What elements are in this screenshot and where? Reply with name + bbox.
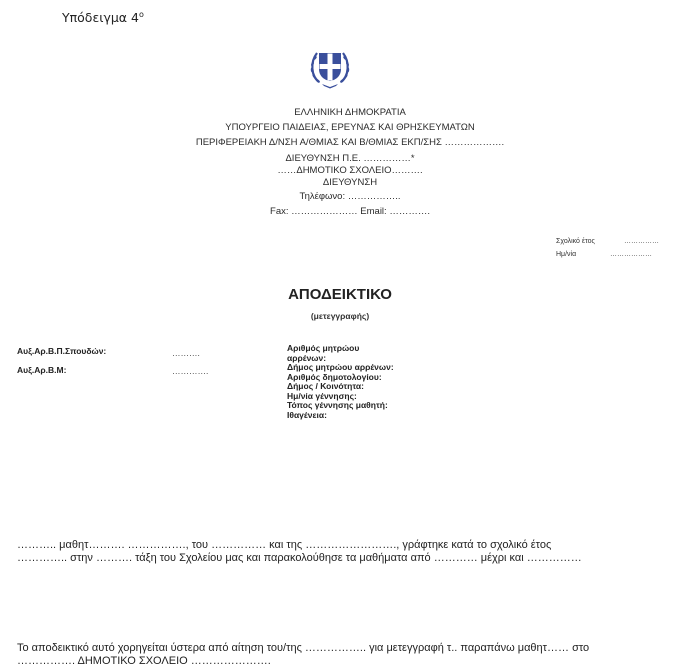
field-registry-label: Αυξ.Αρ.Β.Μ: [17, 365, 66, 375]
header-line-ministry: ΥΠΟΥΡΓΕΙΟ ΠΑΙΔΕΙΑΣ, ΕΡΕΥΝΑΣ ΚΑΙ ΘΡΗΣΚΕΥΜ… [0, 122, 700, 133]
paragraph-enrollment-line1: ……….. μαθητ………. ……………., του …………… και τη… [17, 539, 551, 552]
field-registry-value: …………. [172, 366, 208, 376]
header-line-fax-email: Fax: ………………… Email: …………. [0, 206, 700, 217]
paragraph-issuance-line1: Το αποδεικτικό αυτό χορηγείται ύστερα απ… [17, 642, 589, 655]
sample-label-superscript: ο [139, 10, 144, 19]
sample-label: Υπόδειγμα 4ο [62, 10, 144, 25]
field-study-record-label: Αυξ.Αρ.Β.Π.Σπουδών: [17, 346, 106, 356]
header-line-phone: Τηλέφωνο: …………….. [0, 191, 700, 202]
header-line-regional-directorate: ΠΕΡΙΦΕΡΕΙΑΚΗ Δ/ΝΣΗ Α/ΘΜΙΑΣ ΚΑΙ Β/ΘΜΙΑΣ Ε… [0, 137, 700, 148]
header-line-directorate: ΔΙΕΥΘΥΝΣΗ Π.Ε. ……………* [0, 153, 700, 164]
school-year-label: Σχολικό έτος [556, 238, 595, 245]
header-line-address: ΔΙΕΥΘΥΝΣΗ [0, 177, 700, 188]
date-value: ……………… [610, 251, 652, 258]
right-fields: Αριθμός μητρώου αρρένων: Δήμος μητρώου α… [287, 344, 394, 420]
paragraph-issuance-line2: ……………. ΔΗΜΟΤΙΚΟ ΣΧΟΛΕΙΟ …………………. [17, 655, 271, 668]
sample-label-text: Υπόδειγμα 4 [62, 10, 139, 25]
header-line-republic: ΕΛΛΗΝΙΚΗ ΔΗΜΟΚΡΑΤΙΑ [0, 107, 700, 118]
field-nationality: Ιθαγένεια: [287, 411, 394, 421]
document-subtitle: (μετεγγραφής) [0, 311, 680, 321]
greek-coat-of-arms-icon [307, 44, 353, 90]
school-year-value: …………… [624, 238, 659, 245]
date-label: Ημ/νία [556, 251, 576, 258]
document-title: ΑΠΟΔΕΙΚΤΙΚΟ [0, 286, 680, 303]
header-line-school: ……ΔΗΜΟΤΙΚΟ ΣΧΟΛΕΙΟ………. [0, 165, 700, 176]
field-study-record-value: ………. [172, 348, 200, 358]
paragraph-enrollment-line2: ………….. στην ………. τάξη του Σχολείου μας κ… [17, 552, 582, 565]
